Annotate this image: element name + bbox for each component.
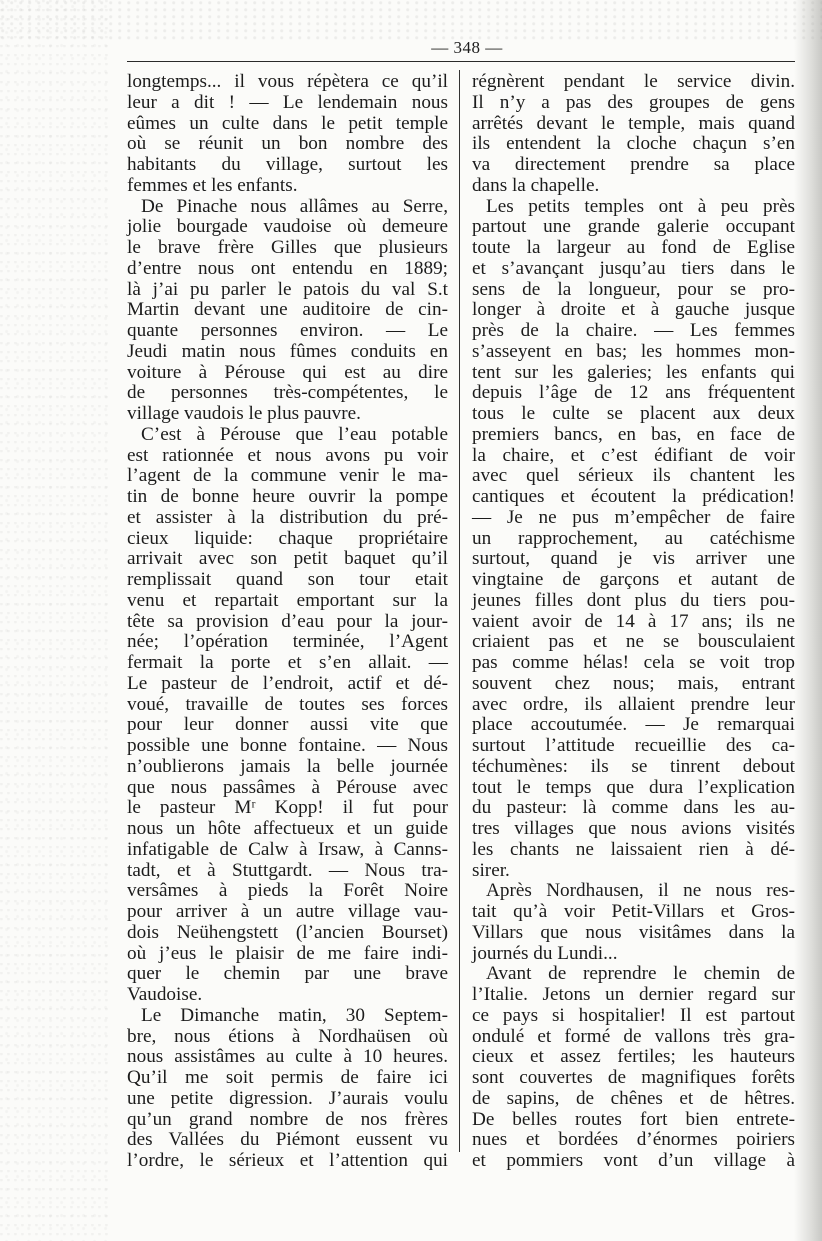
text-line: du pasteur: là comme dans les au- bbox=[472, 798, 795, 819]
text-line: que nous passâmes à Pérouse avec bbox=[127, 778, 448, 799]
text-line: arrêtés devant le temple, mais quand bbox=[472, 114, 795, 135]
text-line: est rationnée et nous avons pu voir bbox=[127, 446, 448, 467]
text-line: journés du Lundi... bbox=[472, 944, 795, 965]
text-line: et assister à la distribution du pré- bbox=[127, 508, 448, 529]
text-line: leur a dit ! — Le lendemain nous bbox=[127, 93, 448, 114]
text-line: versâmes à pieds la Forêt Noire bbox=[127, 881, 448, 902]
text-line: place accoutumée. — Je remarquai bbox=[472, 715, 795, 736]
text-line: nues et bordées d’énormes poiriers bbox=[472, 1130, 795, 1151]
text-line: eûmes un culte dans le petit temple bbox=[127, 114, 448, 135]
text-line: de personnes très-compétentes, le bbox=[127, 383, 448, 404]
text-line: régnèrent pendant le service divin. bbox=[472, 72, 795, 93]
text-line: Les petits temples ont à peu près bbox=[472, 197, 795, 218]
text-line: tête sa provision d’eau pour la jour- bbox=[127, 612, 448, 633]
text-line: surtout l’attitude recueillie des ca- bbox=[472, 736, 795, 757]
text-line: quer le chemin par une brave bbox=[127, 964, 448, 985]
text-line: Martin devant une auditoire de cin- bbox=[127, 300, 448, 321]
text-line: et s’avançant jusqu’au tiers dans le bbox=[472, 259, 795, 280]
text-line: sens de la longueur, pour se pro- bbox=[472, 280, 795, 301]
text-line: cieux liquide: chaque propriétaire bbox=[127, 529, 448, 550]
text-line: femmes et les enfants. bbox=[127, 176, 448, 197]
text-line: arrivait avec son petit baquet qu’il bbox=[127, 549, 448, 570]
text-line: village vaudois le plus pauvre. bbox=[127, 404, 448, 425]
text-line: avec ordre, ils allaient prendre leur bbox=[472, 695, 795, 716]
text-line: s’asseyent en bas; les hommes mon- bbox=[472, 342, 795, 363]
text-line: pour leur donner aussi vite que bbox=[127, 715, 448, 736]
paper-texture-left bbox=[0, 0, 110, 1241]
text-line: l’Italie. Jetons un dernier regard sur bbox=[472, 985, 795, 1006]
text-line: C’est à Pérouse que l’eau potable bbox=[127, 425, 448, 446]
text-line: le brave frère Gilles que plusieurs bbox=[127, 238, 448, 259]
text-line: venu et repartait emportant sur la bbox=[127, 591, 448, 612]
text-line: longer à droite et à gauche jusque bbox=[472, 300, 795, 321]
text-line: tout le temps que dura l’explication bbox=[472, 778, 795, 799]
text-line: tent sur les galeries; les enfants qui bbox=[472, 363, 795, 384]
text-line: tin de bonne heure ouvrir la pompe bbox=[127, 487, 448, 508]
text-line: Avant de reprendre le chemin de bbox=[472, 964, 795, 985]
text-line: téchumènes: ils se tinrent debout bbox=[472, 757, 795, 778]
text-line: De belles routes fort bien entrete- bbox=[472, 1110, 795, 1131]
text-line: l’agent de la commune venir le ma- bbox=[127, 466, 448, 487]
text-line: Après Nordhausen, il ne nous res- bbox=[472, 881, 795, 902]
text-line: longtemps... il vous répètera ce qu’il bbox=[127, 72, 448, 93]
text-line: tres villages que nous avions visités bbox=[472, 819, 795, 840]
text-line: Jeudi matin nous fûmes conduits en bbox=[127, 342, 448, 363]
text-line: premiers bancs, en bas, en face de bbox=[472, 425, 795, 446]
text-line: Villars que nous visitâmes dans la bbox=[472, 923, 795, 944]
text-line: pour arriver à un autre village vau- bbox=[127, 902, 448, 923]
text-line: des Vallées du Piémont eussent vu bbox=[127, 1130, 448, 1151]
text-line: n’oublierons jamais la belle journée bbox=[127, 757, 448, 778]
text-line: quante personnes environ. — Le bbox=[127, 321, 448, 342]
text-line: possible une bonne fontaine. — Nous bbox=[127, 736, 448, 757]
text-line: un rapprochement, au catéchisme bbox=[472, 529, 795, 550]
text-line: remplissait quand son tour etait bbox=[127, 570, 448, 591]
text-line: partout une grande galerie occupant bbox=[472, 217, 795, 238]
paper-texture-top bbox=[0, 0, 822, 40]
page-number: — 348 — bbox=[427, 38, 507, 58]
text-line: tadt, et à Stuttgardt. — Nous tra- bbox=[127, 861, 448, 882]
text-line: pas comme hélas! cela se voit trop bbox=[472, 653, 795, 674]
text-line: Le pasteur de l’endroit, actif et dé- bbox=[127, 674, 448, 695]
text-line: cieux et assez fertiles; les hauteurs bbox=[472, 1047, 795, 1068]
text-line: habitants du village, surtout les bbox=[127, 155, 448, 176]
header-rule bbox=[127, 61, 795, 62]
text-line: va directement prendre sa place bbox=[472, 155, 795, 176]
text-line: où se réunit un bon nombre des bbox=[127, 134, 448, 155]
text-line: là j’ai pu parler le patois du val S.t bbox=[127, 280, 448, 301]
text-line: sirer. bbox=[472, 861, 795, 882]
text-column-right: régnèrent pendant le service divin.Il n’… bbox=[472, 72, 795, 1172]
text-line: et pommiers vont d’un village à bbox=[472, 1151, 795, 1172]
text-line: vaient avoir de 14 à 17 ans; ils ne bbox=[472, 612, 795, 633]
text-line: avec quel sérieux ils chantent les bbox=[472, 466, 795, 487]
text-line: toute la largeur au fond de Eglise bbox=[472, 238, 795, 259]
text-line: vingtaine de garçons et autant de bbox=[472, 570, 795, 591]
text-line: — Je ne pus m’empêcher de faire bbox=[472, 508, 795, 529]
text-line: le pasteur Mʳ Kopp! il fut pour bbox=[127, 798, 448, 819]
text-column-left: longtemps... il vous répètera ce qu’ille… bbox=[127, 72, 448, 1172]
text-line: nous un hôte affectueux et un guide bbox=[127, 819, 448, 840]
text-line: infatigable de Calw à Irsaw, à Canns- bbox=[127, 840, 448, 861]
text-line: voué, travaille de toutes ses forces bbox=[127, 695, 448, 716]
text-line: la chaire, et c’est édifiant de voir bbox=[472, 446, 795, 467]
text-line: criaient pas et ne se bousculaient bbox=[472, 632, 795, 653]
text-line: jeunes filles dont plus du tiers pou- bbox=[472, 591, 795, 612]
text-line: depuis l’âge de 12 ans fréquentent bbox=[472, 383, 795, 404]
text-line: bre, nous étions à Nordhaüsen où bbox=[127, 1027, 448, 1048]
text-line: Il n’y a pas des groupes de gens bbox=[472, 93, 795, 114]
text-line: fermait la porte et s’en allait. — bbox=[127, 653, 448, 674]
text-line: voiture à Pérouse qui est au dire bbox=[127, 363, 448, 384]
text-line: l’ordre, le sérieux et l’attention qui bbox=[127, 1151, 448, 1172]
text-line: surtout, quand je vis arriver une bbox=[472, 549, 795, 570]
text-line: tous le culte se placent aux deux bbox=[472, 404, 795, 425]
text-line: près de la chaire. — Les femmes bbox=[472, 321, 795, 342]
page-edge-shadow bbox=[794, 0, 822, 1241]
text-line: ce pays si hospitalier! Il est partout bbox=[472, 1006, 795, 1027]
text-line: ondulé et formé de vallons très gra- bbox=[472, 1027, 795, 1048]
text-line: les chants ne laissaient rien à dé- bbox=[472, 840, 795, 861]
text-line: cantiques et écoutent la prédication! bbox=[472, 487, 795, 508]
text-line: ils entendent la cloche chaçun s’en bbox=[472, 134, 795, 155]
text-line: sont couvertes de magnifiques forêts bbox=[472, 1068, 795, 1089]
text-line: De Pinache nous allâmes au Serre, bbox=[127, 197, 448, 218]
text-line: de sapins, de chênes et de hêtres. bbox=[472, 1089, 795, 1110]
text-line: dans la chapelle. bbox=[472, 176, 795, 197]
text-line: tait qu’à voir Petit-Villars et Gros- bbox=[472, 902, 795, 923]
text-line: jolie bourgade vaudoise où demeure bbox=[127, 217, 448, 238]
text-line: née; l’opération terminée, l’Agent bbox=[127, 632, 448, 653]
text-line: Le Dimanche matin, 30 Septem- bbox=[127, 1006, 448, 1027]
text-line: Qu’il me soit permis de faire ici bbox=[127, 1068, 448, 1089]
text-line: souvent chez nous; mais, entrant bbox=[472, 674, 795, 695]
column-divider bbox=[459, 70, 460, 1152]
text-line: une petite digression. J’aurais voulu bbox=[127, 1089, 448, 1110]
text-line: dois Neühengstett (l’ancien Bourset) bbox=[127, 923, 448, 944]
text-line: où j’eus le plaisir de me faire indi- bbox=[127, 944, 448, 965]
text-line: qu’un grand nombre de nos frères bbox=[127, 1110, 448, 1131]
text-line: d’entre nous ont entendu en 1889; bbox=[127, 259, 448, 280]
text-line: nous assistâmes au culte à 10 heures. bbox=[127, 1047, 448, 1068]
text-line: Vaudoise. bbox=[127, 985, 448, 1006]
